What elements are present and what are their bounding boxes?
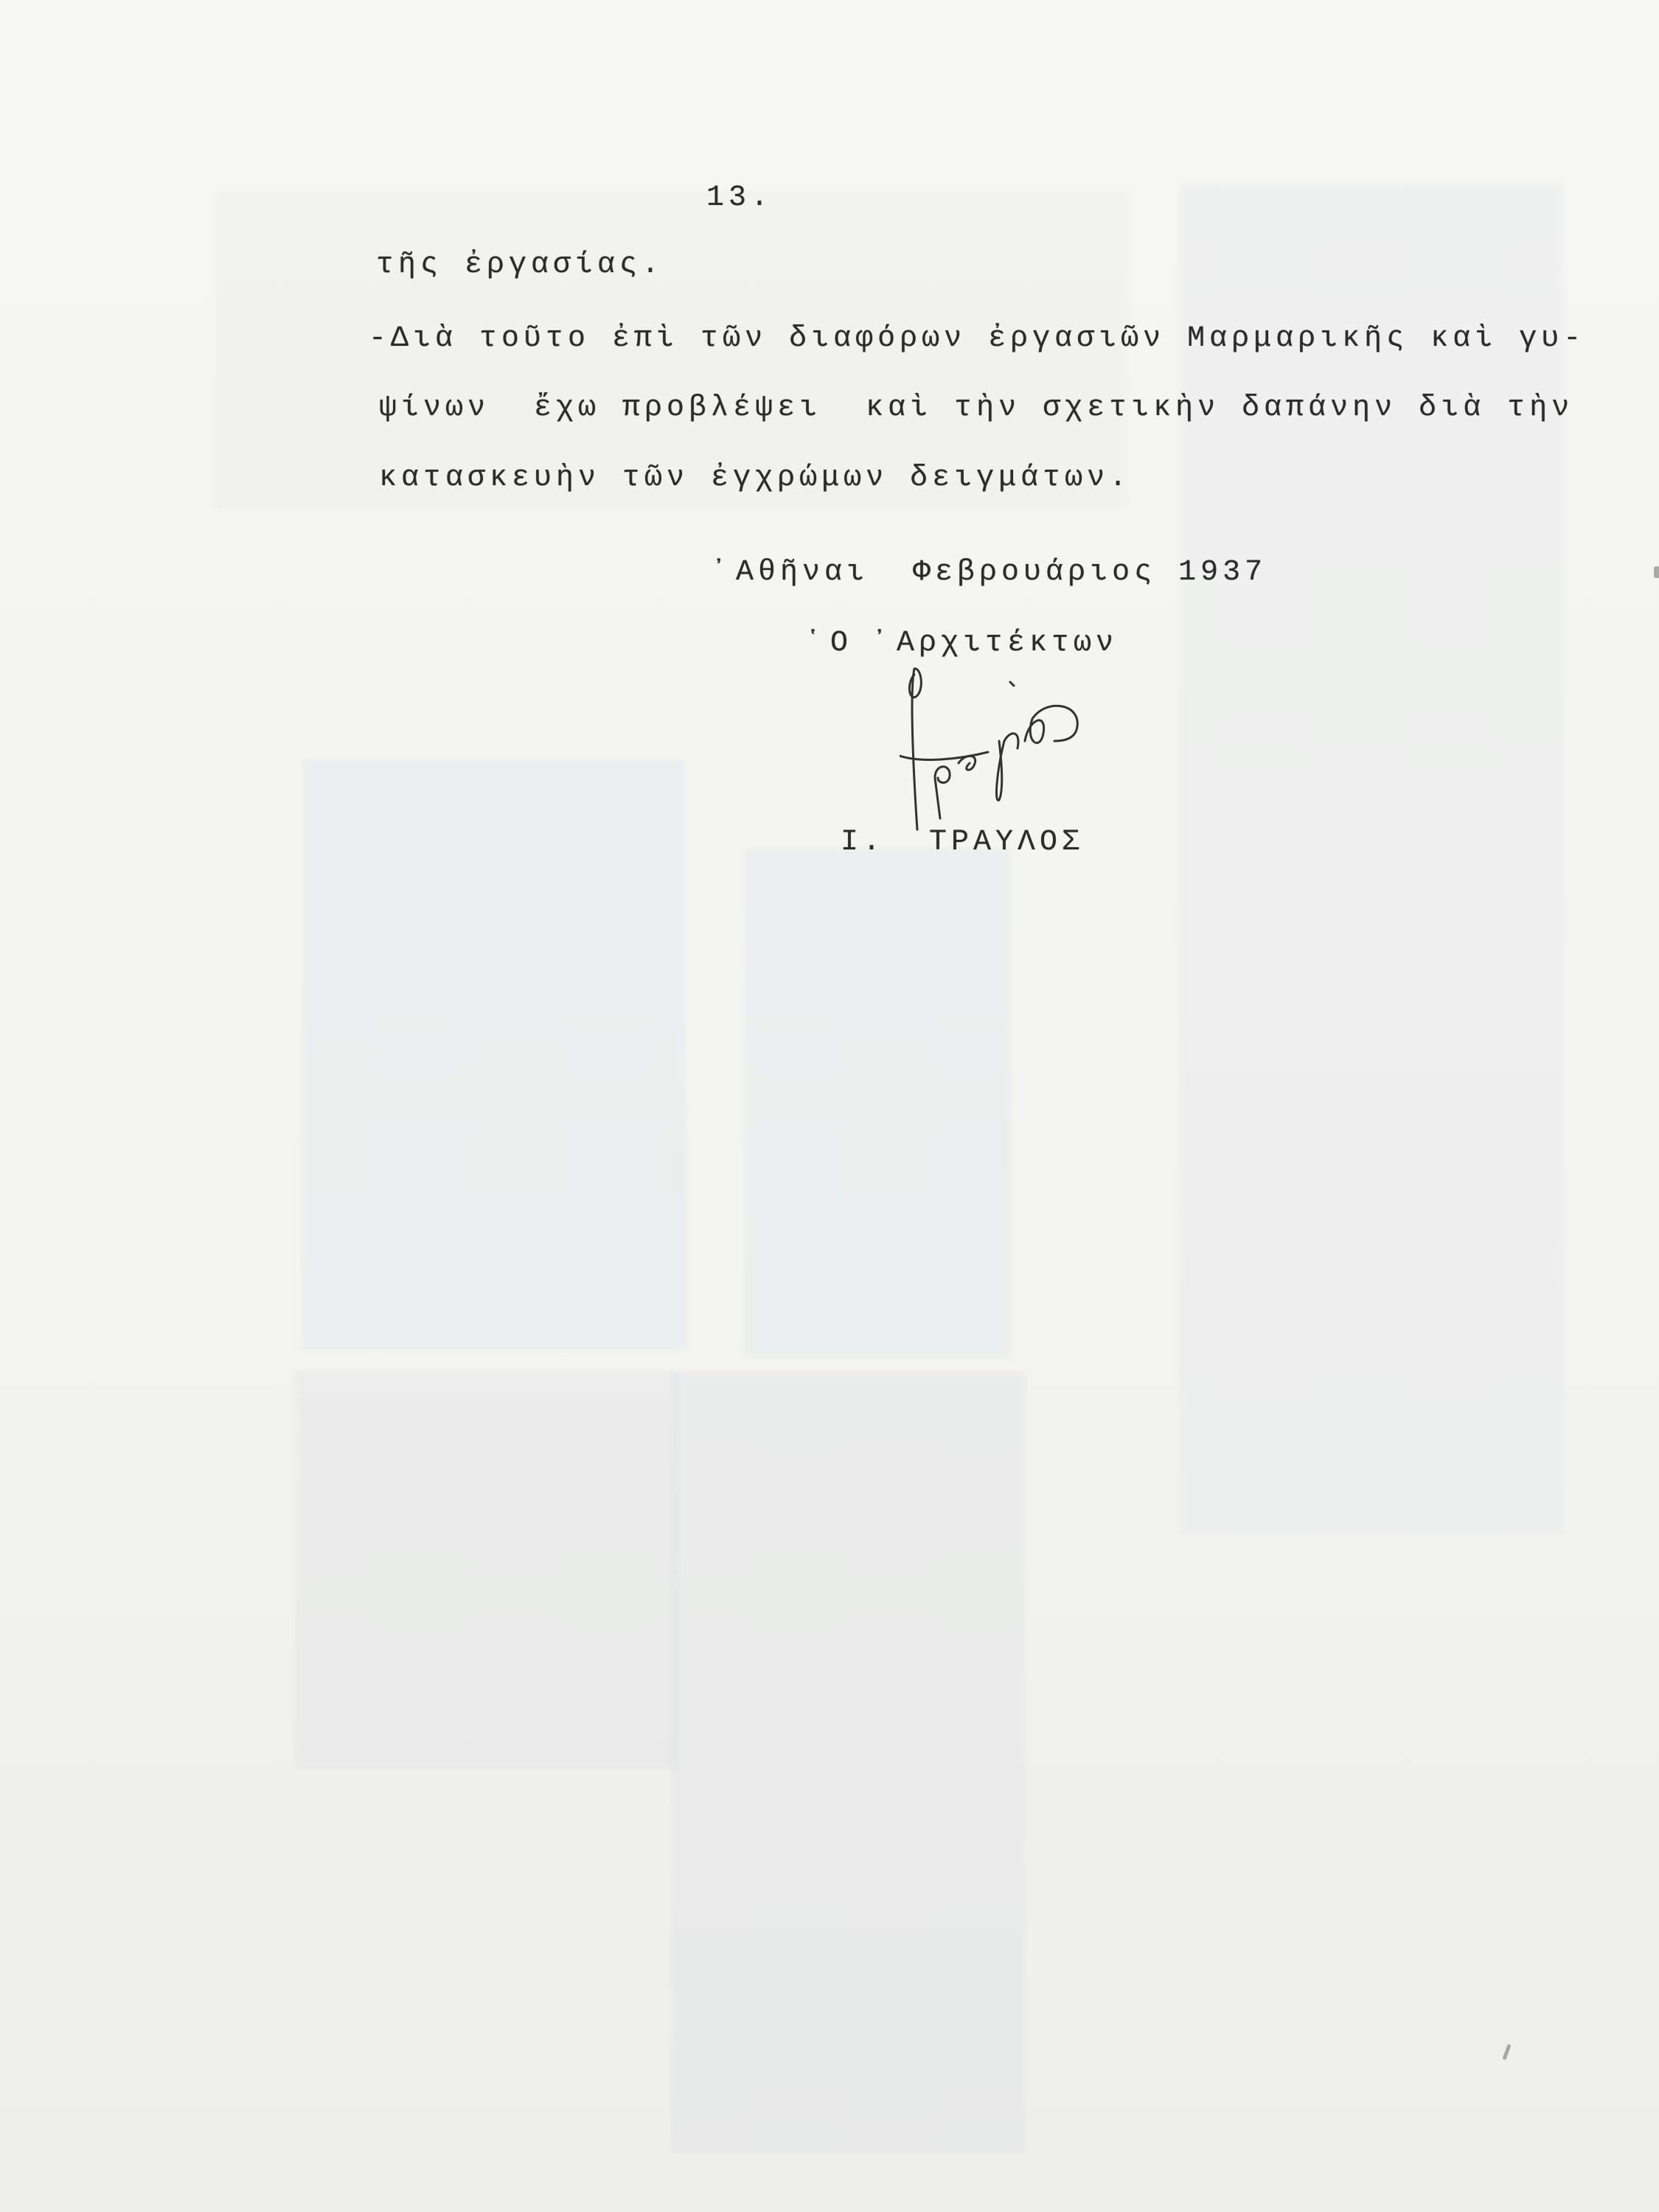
show-through-clipping <box>295 1371 678 1770</box>
body-line: -Διὰ τοῦτο ἐπὶ τῶν διαφόρων ἐργασιῶν Μαρ… <box>369 322 1585 355</box>
body-line: κατασκευὴν τῶν ἐγχρώμων δειγμάτων. <box>379 462 1131 495</box>
signatory-title: ῾Ο ᾿Αρχιτέκτων <box>808 627 1118 660</box>
signatory-name: Ι. ΤΡΑΥΛΟΣ <box>841 826 1084 859</box>
show-through-clipping <box>671 1371 1025 2153</box>
show-through-photo <box>302 759 686 1349</box>
show-through-shadow <box>1180 184 1563 1534</box>
page-number: 13. <box>706 181 773 215</box>
paper-mark <box>1502 2044 1511 2060</box>
show-through-photo <box>745 848 1010 1357</box>
body-line: τῆς ἐργασίας. <box>376 248 664 282</box>
place-date: ᾿Αθῆναι Φεβρουάριος 1937 <box>714 556 1267 589</box>
document-page: 13. τῆς ἐργασίας. -Διὰ τοῦτο ἐπὶ τῶν δια… <box>0 0 1659 2212</box>
paper-mark <box>1654 566 1659 578</box>
signature-icon <box>900 660 1106 837</box>
body-line: ψίνων ἔχω προβλέψει καὶ τὴν σχετικὴν δαπ… <box>379 392 1573 425</box>
